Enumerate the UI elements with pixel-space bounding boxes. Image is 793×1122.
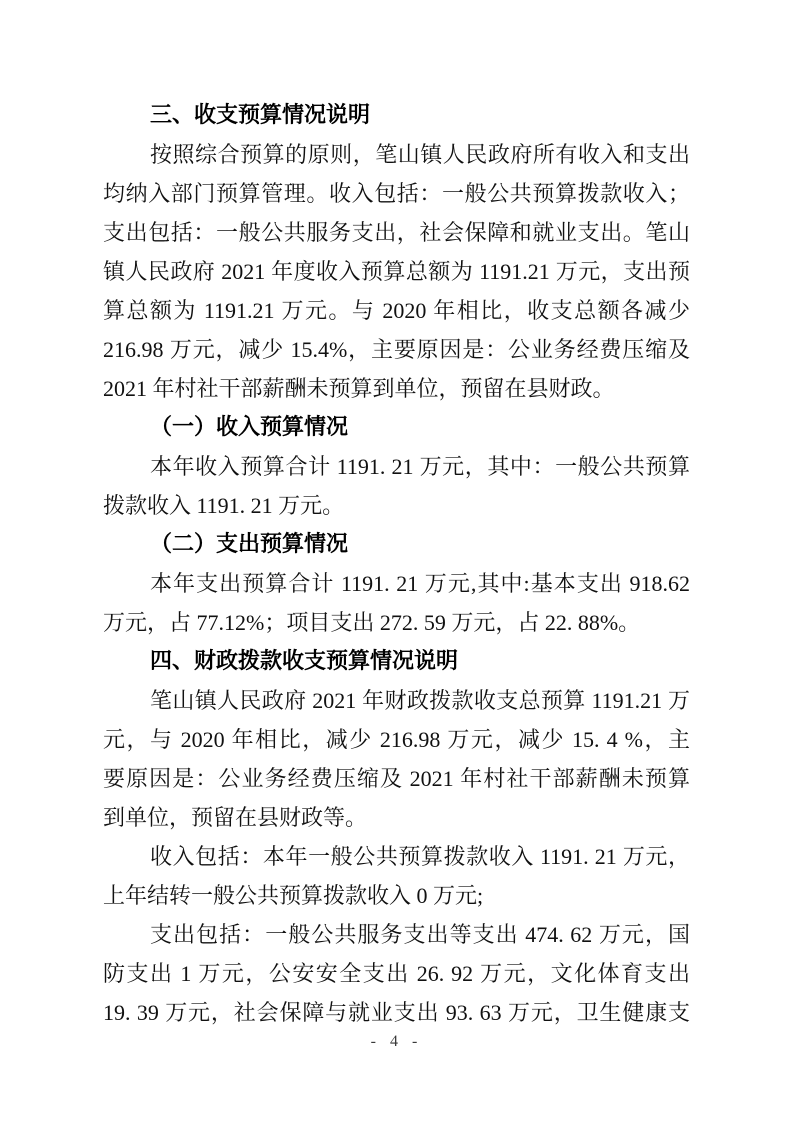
- page-number: - 4 -: [0, 1031, 793, 1053]
- text-line: 上年结转一般公共预算拨款收入 0 万元;: [103, 876, 690, 915]
- text-line: 镇人民政府 2021 年度收入预算总额为 1191.21 万元，支出预: [103, 252, 690, 291]
- text-line: 收入包括：本年一般公共预算拨款收入 1191. 21 万元，: [103, 837, 690, 876]
- text-line: 本年支出预算合计 1191. 21 万元,其中:基本支出 918.62: [103, 564, 690, 603]
- text-line: 本年收入预算合计 1191. 21 万元，其中：一般公共预算: [103, 447, 690, 486]
- text-line: 均纳入部门预算管理。收入包括：一般公共预算拨款收入；: [103, 174, 690, 213]
- document-body: 三、收支预算情况说明按照综合预算的原则，笔山镇人民政府所有收入和支出均纳入部门预…: [103, 96, 690, 1032]
- section-heading: 三、收支预算情况说明: [103, 96, 690, 135]
- text-line: 要原因是：公业务经费压缩及 2021 年村社干部薪酬未预算: [103, 759, 690, 798]
- text-line: 216.98 万元，减少 15.4%，主要原因是：公业务经费压缩及: [103, 330, 690, 369]
- text-line: 支出包括：一般公共服务支出等支出 474. 62 万元，国: [103, 915, 690, 954]
- section-heading: （一）收入预算情况: [103, 408, 690, 447]
- text-line: 拨款收入 1191. 21 万元。: [103, 486, 690, 525]
- text-line: 到单位，预留在县财政等。: [103, 798, 690, 837]
- document-page: 三、收支预算情况说明按照综合预算的原则，笔山镇人民政府所有收入和支出均纳入部门预…: [0, 0, 793, 1122]
- text-line: 元，与 2020 年相比，减少 216.98 万元，减少 15. 4 %，主: [103, 720, 690, 759]
- section-heading: 四、财政拨款收支预算情况说明: [103, 642, 690, 681]
- text-line: 算总额为 1191.21 万元。与 2020 年相比，收支总额各减少: [103, 291, 690, 330]
- text-line: 按照综合预算的原则，笔山镇人民政府所有收入和支出: [103, 135, 690, 174]
- text-line: 万元，占 77.12%；项目支出 272. 59 万元，占 22. 88%。: [103, 603, 690, 642]
- text-line: 19. 39 万元，社会保障与就业支出 93. 63 万元，卫生健康支: [103, 993, 690, 1032]
- text-line: 笔山镇人民政府 2021 年财政拨款收支总预算 1191.21 万: [103, 681, 690, 720]
- text-line: 支出包括：一般公共服务支出，社会保障和就业支出。笔山: [103, 213, 690, 252]
- section-heading: （二）支出预算情况: [103, 525, 690, 564]
- text-line: 2021 年村社干部薪酬未预算到单位，预留在县财政。: [103, 369, 690, 408]
- text-line: 防支出 1 万元，公安安全支出 26. 92 万元，文化体育支出: [103, 954, 690, 993]
